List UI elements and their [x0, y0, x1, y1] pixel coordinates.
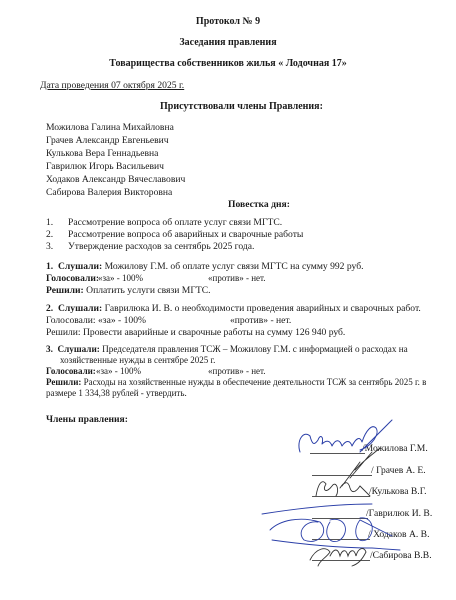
signature-kulkova — [316, 482, 370, 496]
signature-grachev — [342, 448, 380, 486]
signature-mozhilova — [299, 420, 392, 452]
handwritten-signatures — [0, 0, 456, 600]
signature-gavrilyuk-khodakov — [262, 504, 400, 550]
signature-sabirova — [310, 549, 366, 566]
